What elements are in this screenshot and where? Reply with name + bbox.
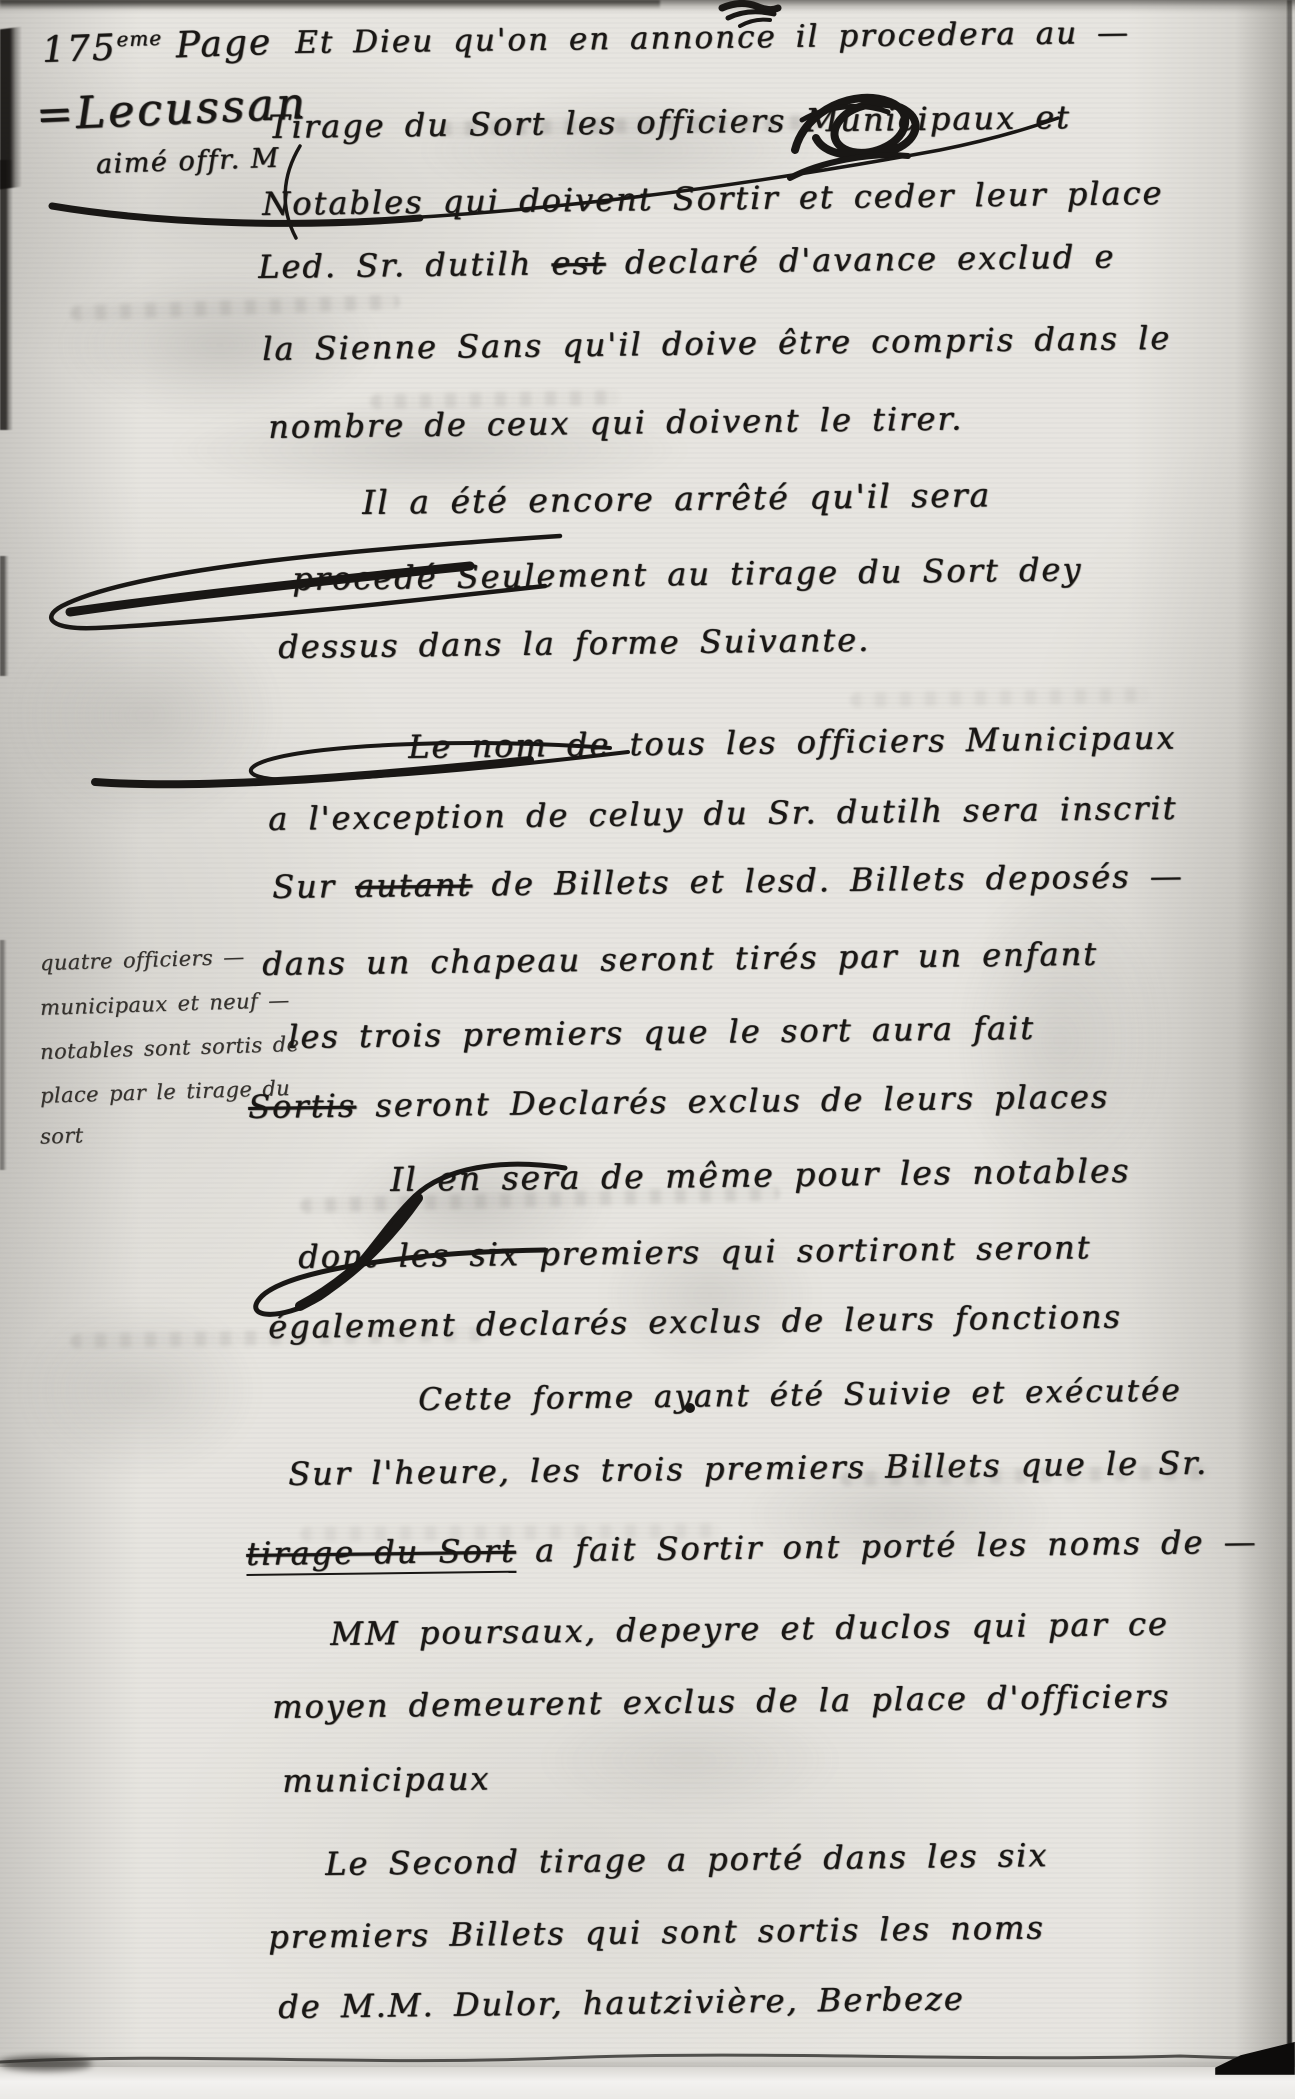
manuscript-words: Il en sera de même pour les notables xyxy=(390,1151,1131,1199)
heading-annotation: aimé offr. M xyxy=(96,143,281,180)
manuscript-words: la Sienne Sans qu'il doive être compris … xyxy=(262,319,1171,368)
page-corner-bottom-right xyxy=(1215,2039,1295,2075)
margin-note-line: notables sont sortis de xyxy=(40,1032,300,1064)
page-number-suffix: eme xyxy=(116,26,162,52)
manuscript-words: également declarés exclus de leurs fonct… xyxy=(268,1298,1122,1346)
margin-note-line: municipaux et neuf — xyxy=(40,988,290,1020)
page-edge-bottom-shade xyxy=(0,2053,1295,2069)
manuscript-words: municipaux xyxy=(282,1759,491,1800)
manuscript-scan-page: 175eme Page =Lecussan aimé offr. M quatr… xyxy=(0,0,1295,2099)
stain xyxy=(20,1300,260,1480)
manuscript-line: premiers Billets qui sont sortis les nom… xyxy=(268,1909,1045,1956)
struck-words: autant xyxy=(355,866,473,905)
manuscript-line: également declarés exclus de leurs fonct… xyxy=(268,1298,1122,1346)
manuscript-line: Il a été encore arrêté qu'il sera xyxy=(362,475,991,522)
manuscript-line: Sur l'heure, les trois premiers Billets … xyxy=(288,1444,1208,1493)
manuscript-words: Tirage du Sort les officiers Municipaux … xyxy=(268,98,1071,146)
manuscript-words: dessus dans la forme Suivante. xyxy=(278,621,870,666)
manuscript-words: Sur xyxy=(272,867,355,906)
page-bottom-edge xyxy=(0,2055,1240,2062)
page-number-word: Page xyxy=(175,22,273,66)
manuscript-line: a l'exception de celuy du Sr. dutilh ser… xyxy=(268,789,1178,838)
struck-words: Sortis xyxy=(248,1087,356,1126)
manuscript-words: Led. Sr. dutilh xyxy=(258,244,552,286)
manuscript-words: Sur l'heure, les trois premiers Billets … xyxy=(288,1444,1208,1493)
page-edge-top-left xyxy=(0,0,660,9)
manuscript-words: Le Second tirage a porté dans les six xyxy=(325,1836,1049,1883)
page-edge-right xyxy=(1287,0,1292,2099)
manuscript-line: Il en sera de même pour les notables xyxy=(390,1151,1131,1199)
manuscript-words: Il a été encore arrêté qu'il sera xyxy=(362,475,991,522)
manuscript-line: les trois premiers que le sort aura fait xyxy=(288,1009,1035,1056)
manuscript-line: la Sienne Sans qu'il doive être compris … xyxy=(262,319,1171,368)
scan-background-strip xyxy=(0,2067,1295,2099)
struck-words: est xyxy=(551,244,606,283)
margin-note-line: sort xyxy=(40,1123,84,1148)
manuscript-line: Le nom de tous les officiers Municipaux xyxy=(408,719,1177,766)
manuscript-line: moyen demeurent exclus de la place d'off… xyxy=(272,1677,1171,1726)
manuscript-line: MM poursaux, depeyre et duclos qui par c… xyxy=(330,1605,1169,1653)
manuscript-words: Notables qui doivent Sortir et ceder leu… xyxy=(262,174,1164,223)
struck-words: tirage du Sort xyxy=(246,1532,516,1576)
manuscript-words: a l'exception de celuy du Sr. dutilh ser… xyxy=(268,789,1178,838)
page-edge-right-shade xyxy=(1235,0,1287,2099)
binding-mark xyxy=(0,940,7,1170)
page-number: 175eme Page xyxy=(41,22,273,71)
manuscript-line: procedé Seulement au tirage du Sort dey xyxy=(292,550,1083,598)
manuscript-words: moyen demeurent exclus de la place d'off… xyxy=(272,1677,1171,1726)
manuscript-words: MM poursaux, depeyre et duclos qui par c… xyxy=(330,1605,1169,1653)
manuscript-words: les trois premiers que le sort aura fait xyxy=(288,1009,1035,1056)
binding-mark xyxy=(0,27,22,190)
margin-note-line: quatre officiers — xyxy=(40,945,245,975)
manuscript-words: nombre de ceux qui doivent le tirer. xyxy=(268,400,964,446)
manuscript-words: a fait Sortir ont porté les noms de — xyxy=(516,1523,1258,1570)
manuscript-line: Le Second tirage a porté dans les six xyxy=(325,1836,1049,1883)
stain xyxy=(10,600,280,830)
manuscript-line: dessus dans la forme Suivante. xyxy=(278,621,870,666)
binding-mark xyxy=(0,556,9,676)
manuscript-words: Cette forme ayant été Suivie et exécutée xyxy=(418,1373,1182,1418)
bleed-through-smudge xyxy=(850,687,1150,707)
manuscript-line: Led. Sr. dutilh est declaré d'avance exc… xyxy=(258,238,1116,286)
manuscript-line: Cette forme ayant été Suivie et exécutée xyxy=(418,1373,1182,1418)
ink-blot xyxy=(722,3,778,9)
manuscript-words: Le nom de tous les officiers Municipaux xyxy=(408,719,1177,766)
page-edge-top xyxy=(0,0,1295,13)
manuscript-words: declaré d'avance exclud e xyxy=(605,238,1115,282)
manuscript-line: de M.M. Dulor, hautzivière, Berbeze xyxy=(278,1980,965,2026)
manuscript-line: nombre de ceux qui doivent le tirer. xyxy=(268,400,964,446)
manuscript-line: Tirage du Sort les officiers Municipaux … xyxy=(268,98,1071,146)
manuscript-words: de M.M. Dulor, hautzivière, Berbeze xyxy=(278,1980,965,2026)
manuscript-words: procedé Seulement au tirage du Sort dey xyxy=(292,550,1083,598)
manuscript-line: municipaux xyxy=(282,1759,491,1800)
binding-mark xyxy=(0,160,13,430)
page-number-value: 175 xyxy=(41,27,117,71)
manuscript-line: Et Dieu qu'on en annonce il procedera au… xyxy=(295,15,1130,61)
manuscript-words: premiers Billets qui sont sortis les nom… xyxy=(268,1909,1045,1956)
page-corner-bottom-left xyxy=(0,2056,92,2071)
manuscript-words: Et Dieu qu'on en annonce il procedera au… xyxy=(295,15,1130,61)
manuscript-line: Notables qui doivent Sortir et ceder leu… xyxy=(262,174,1164,223)
